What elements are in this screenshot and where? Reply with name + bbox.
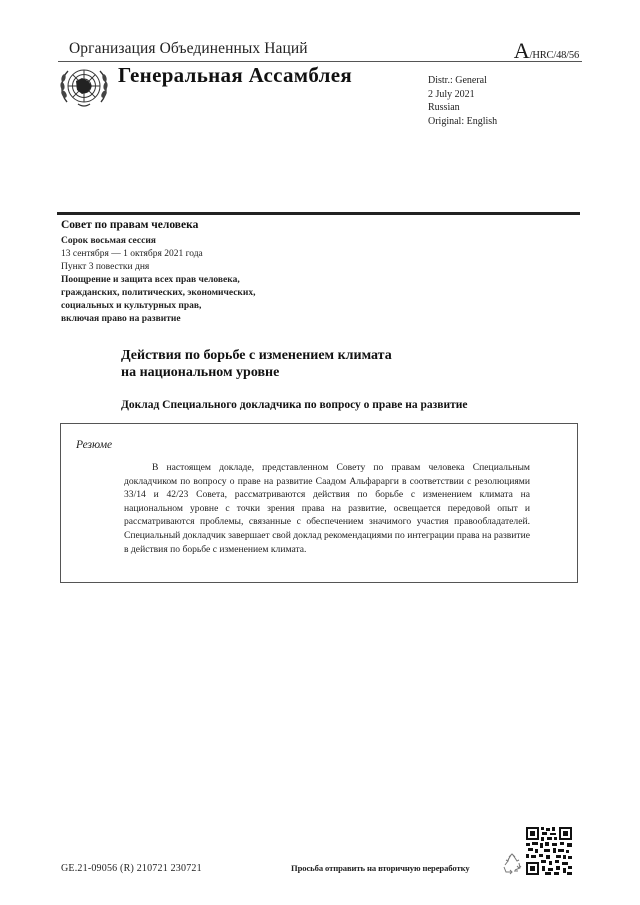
- summary-label: Резюме: [76, 439, 112, 451]
- date-line: 2 July 2021: [428, 88, 497, 102]
- report-title-line: на национальном уровне: [121, 364, 392, 381]
- agenda-title-line: включая право на развитие: [61, 313, 256, 326]
- symbol-prefix: A: [514, 38, 530, 63]
- recycle-icon: [502, 853, 522, 875]
- symbol-suffix: /HRC/48/56: [530, 50, 579, 61]
- agenda-title-line: гражданских, политических, экономических…: [61, 287, 256, 300]
- job-number: GE.21-09056 (R) 210721 230721: [61, 863, 202, 874]
- report-subtitle: Доклад Специального докладчика по вопрос…: [121, 399, 468, 411]
- organization-name: Организация Объединенных Наций: [69, 40, 308, 58]
- summary-text: В настоящем докладе, представленном Сове…: [124, 461, 530, 556]
- original-language-line: Original: English: [428, 115, 497, 129]
- agenda-item: Пункт 3 повестки дня: [61, 261, 256, 274]
- report-title-line: Действия по борьбе с изменением климата: [121, 347, 392, 364]
- council-name: Совет по правам человека: [61, 219, 198, 231]
- header-rule: [58, 61, 582, 62]
- qr-code-icon: [525, 826, 573, 876]
- session-dates: 13 сентября — 1 октября 2021 года: [61, 248, 256, 261]
- section-divider: [57, 212, 580, 215]
- assembly-title: Генеральная Ассамблея: [118, 63, 352, 88]
- distr-line: Distr.: General: [428, 74, 497, 88]
- recycle-note: Просьба отправить на вторичную переработ…: [291, 863, 470, 873]
- agenda-title-line: Поощрение и защита всех прав человека,: [61, 274, 256, 287]
- language-line: Russian: [428, 101, 497, 115]
- session-meta: Сорок восьмая сессия 13 сентября — 1 окт…: [61, 235, 256, 326]
- un-emblem-icon: [58, 64, 110, 110]
- distribution-info: Distr.: General 2 July 2021 Russian Orig…: [428, 74, 497, 128]
- session-name: Сорок восьмая сессия: [61, 235, 256, 248]
- report-title: Действия по борьбе с изменением климата …: [121, 347, 392, 381]
- agenda-title-line: социальных и культурных прав,: [61, 300, 256, 313]
